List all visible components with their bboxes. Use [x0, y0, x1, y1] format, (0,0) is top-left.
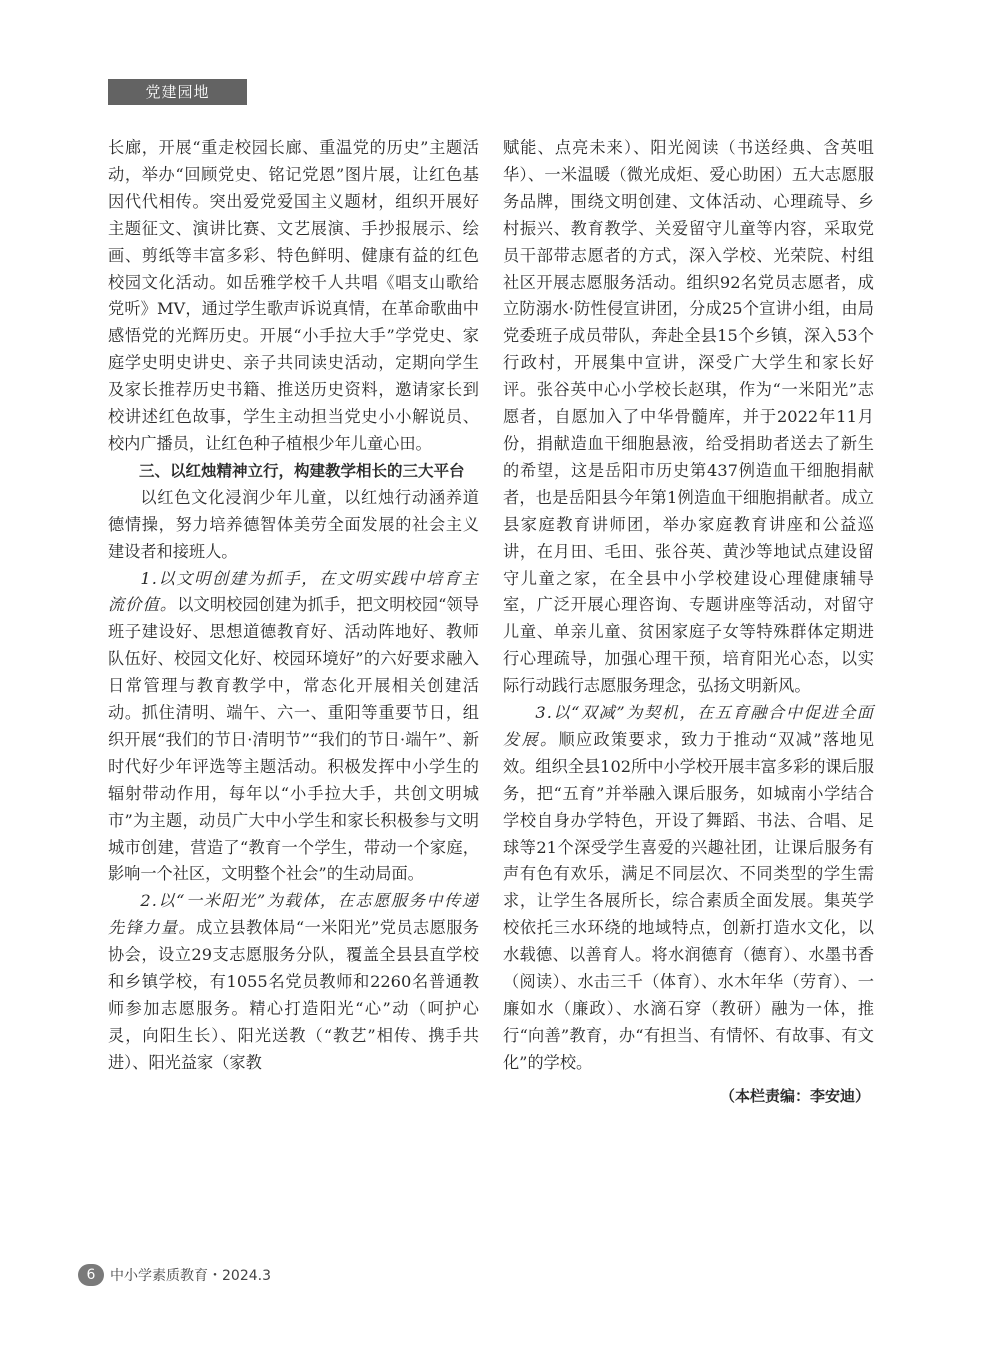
item-body: 顺应政策要求，致力于推动“双减”落地见效。组织全县102所中小学校开展丰富多彩的… [503, 730, 874, 1072]
item-body: 成立县教体局“一米阳光”党员志愿服务协会，设立29支志愿服务分队，覆盖全县县直学… [108, 918, 479, 1072]
journal-name: 中小学素质教育・2024.3 [110, 1265, 271, 1285]
page-footer: 6 中小学素质教育・2024.3 [78, 1263, 271, 1287]
paragraph: 以红色文化浸润少年儿童，以红烛行动涵养道德情操，努力培养德智体美劳全面发展的社会… [108, 485, 479, 566]
item-body: 以文明校园创建为抓手，把文明校园“领导班子建设好、思想道德教育好、活动阵地好、教… [108, 595, 479, 883]
paragraph: 赋能、点亮未来）、阳光阅读（书送经典、含英咀华）、一米温暖（微光成炬、爱心助困）… [503, 135, 874, 700]
paragraph-item-2: 2.以“一米阳光”为载体，在志愿服务中传递先锋力量。成立县教体局“一米阳光”党员… [108, 888, 479, 1076]
right-column: 赋能、点亮未来）、阳光阅读（书送经典、含英咀华）、一米温暖（微光成炬、爱心助困）… [503, 135, 874, 1110]
paragraph-item-3: 3.以“双减”为契机，在五育融合中促进全面发展。顺应政策要求，致力于推动“双减”… [503, 700, 874, 1077]
section-tag: 党建园地 [108, 79, 247, 105]
left-column: 长廊，开展“重走校园长廊、重温党的历史”主题活动，举办“回顾党史、铭记党恩”图片… [108, 135, 479, 1077]
paragraph-item-1: 1.以文明创建为抓手，在文明实践中培育主流价值。以文明校园创建为抓手，把文明校园… [108, 566, 479, 889]
section-heading: 三、以红烛精神立行，构建教学相长的三大平台 [108, 458, 479, 485]
page-number-badge: 6 [78, 1264, 104, 1286]
editor-note: （本栏责编：李安迪） [503, 1083, 874, 1110]
paragraph: 长廊，开展“重走校园长廊、重温党的历史”主题活动，举办“回顾党史、铭记党恩”图片… [108, 135, 479, 458]
